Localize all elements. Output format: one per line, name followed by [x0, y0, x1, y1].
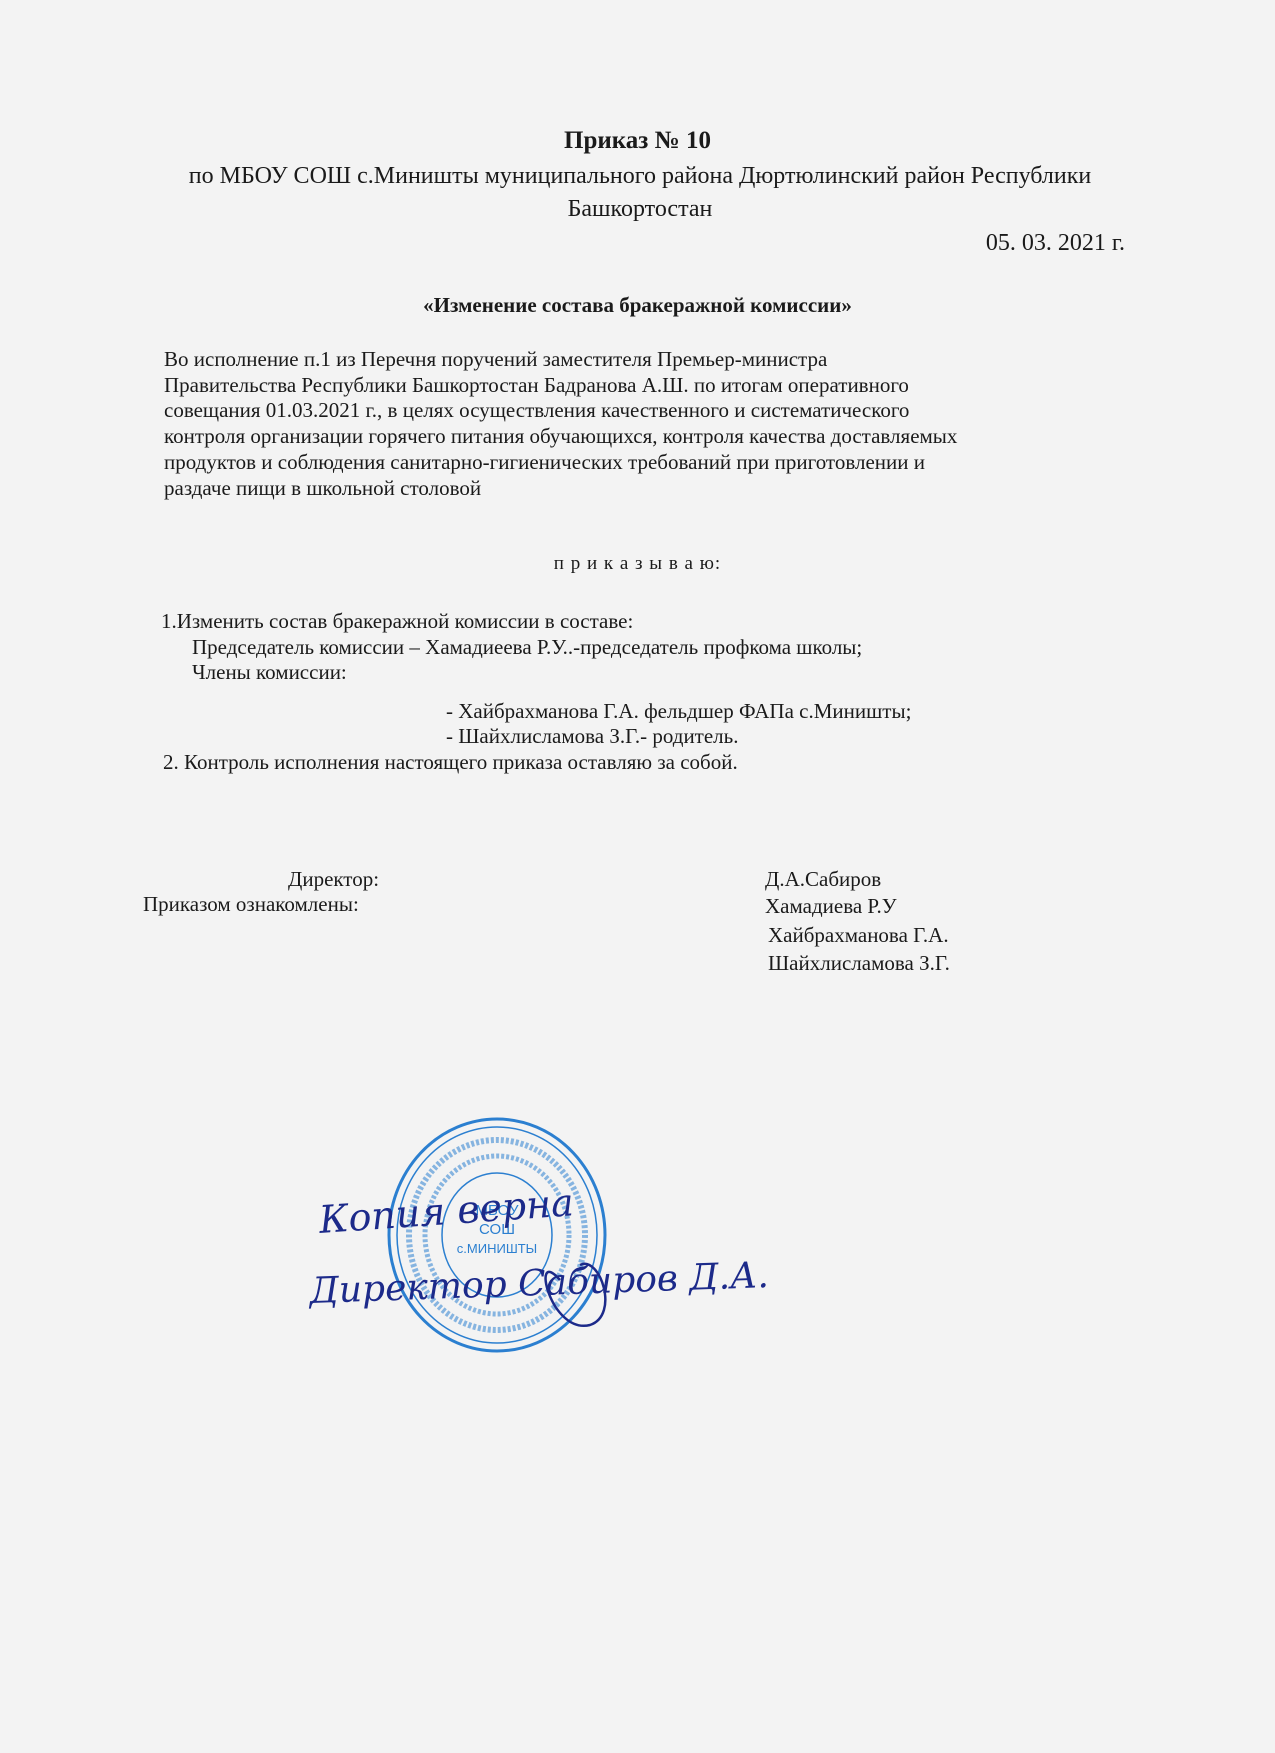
order-date: 05. 03. 2021 г.: [986, 230, 1125, 257]
signatory-director: Д.А.Сабиров: [765, 867, 881, 892]
order-subject: «Изменение состава бракеражной комиссии»: [0, 293, 1275, 318]
members-label: Члены комиссии:: [192, 660, 347, 685]
copy-certified-note: Копия верна: [317, 1185, 576, 1242]
signatory-1: Хамадиева Р.У: [765, 894, 897, 919]
handwritten-signature: Копия верна Директор Сабиров Д.А.: [300, 1185, 900, 1335]
acquainted-label: Приказом ознакомлены:: [143, 892, 359, 917]
member-1: - Хайбрахманова Г.А. фельдшер ФАПа с.Мин…: [446, 699, 911, 724]
director-label: Директор:: [288, 867, 379, 892]
signatory-3: Шайхлисламова З.Г.: [768, 951, 950, 976]
scanned-document-page: Приказ № 10 по МБОУ СОШ с.Миништы муници…: [0, 0, 1275, 1753]
organization-line: по МБОУ СОШ с.Миништы муниципального рай…: [160, 160, 1120, 226]
chairman-line: Председатель комиссии – Хамадиеева Р.У..…: [192, 635, 862, 660]
order-word: п р и к а з ы в а ю:: [0, 553, 1275, 575]
item-1: 1.Изменить состав бракеражной комиссии в…: [161, 609, 633, 634]
order-title: Приказ № 10: [0, 127, 1275, 155]
item-2: 2. Контроль исполнения настоящего приказ…: [163, 750, 738, 775]
director-signature-text: Директор Сабиров Д.А.: [307, 1255, 769, 1312]
signatory-2: Хайбрахманова Г.А.: [768, 923, 949, 948]
member-2: - Шайхлисламова З.Г.- родитель.: [446, 724, 738, 749]
preamble-paragraph: Во исполнение п.1 из Перечня поручений з…: [164, 347, 1124, 501]
